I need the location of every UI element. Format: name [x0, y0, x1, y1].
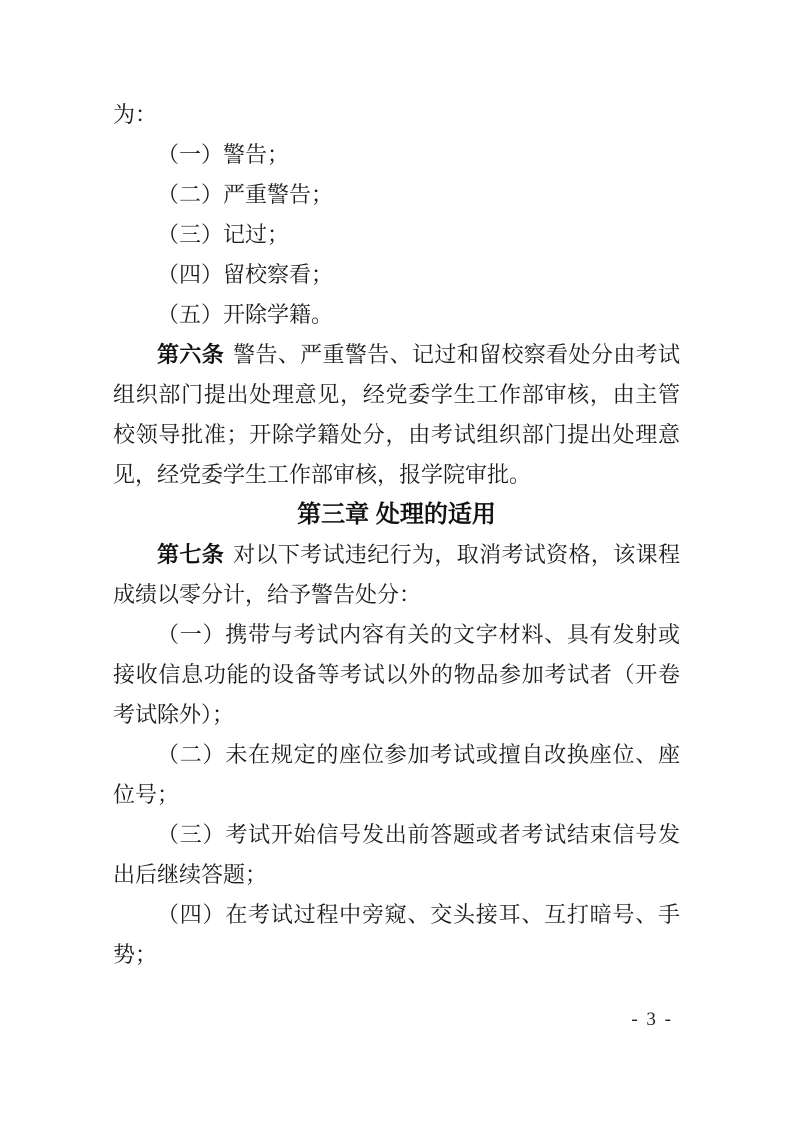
- violation-list-item-1: （一）携带与考试内容有关的文字材料、具有发射或接收信息功能的设备等考试以外的物品…: [113, 615, 680, 735]
- article-6-label: 第六条: [157, 342, 224, 367]
- continuation-line: 为：: [113, 95, 680, 135]
- sanction-list-item-3: （三）记过；: [113, 215, 680, 255]
- article-7-label: 第七条: [157, 542, 224, 567]
- document-content: 为： （一）警告； （二）严重警告； （三）记过； （四）留校察看； （五）开除…: [113, 95, 680, 975]
- violation-list-item-3: （三）考试开始信号发出前答题或者考试结束信号发出后继续答题；: [113, 815, 680, 895]
- page-number: - 3 -: [631, 1008, 673, 1032]
- sanction-list-item-2: （二）严重警告；: [113, 175, 680, 215]
- violation-list-item-2: （二）未在规定的座位参加考试或擅自改换座位、座位号；: [113, 735, 680, 815]
- sanction-list-item-4: （四）留校察看；: [113, 255, 680, 295]
- sanction-list-item-1: （一）警告；: [113, 135, 680, 175]
- document-page: 为： （一）警告； （二）严重警告； （三）记过； （四）留校察看； （五）开除…: [0, 0, 793, 1122]
- sanction-list-item-5: （五）开除学籍。: [113, 295, 680, 335]
- violation-list-item-4: （四）在考试过程中旁窥、交头接耳、互打暗号、手势；: [113, 895, 680, 975]
- article-6-paragraph: 第六条警告、严重警告、记过和留校察看处分由考试组织部门提出处理意见，经党委学生工…: [113, 335, 680, 495]
- chapter-3-heading: 第三章 处理的适用: [113, 495, 680, 535]
- article-7-paragraph: 第七条对以下考试违纪行为，取消考试资格，该课程成绩以零分计，给予警告处分：: [113, 535, 680, 615]
